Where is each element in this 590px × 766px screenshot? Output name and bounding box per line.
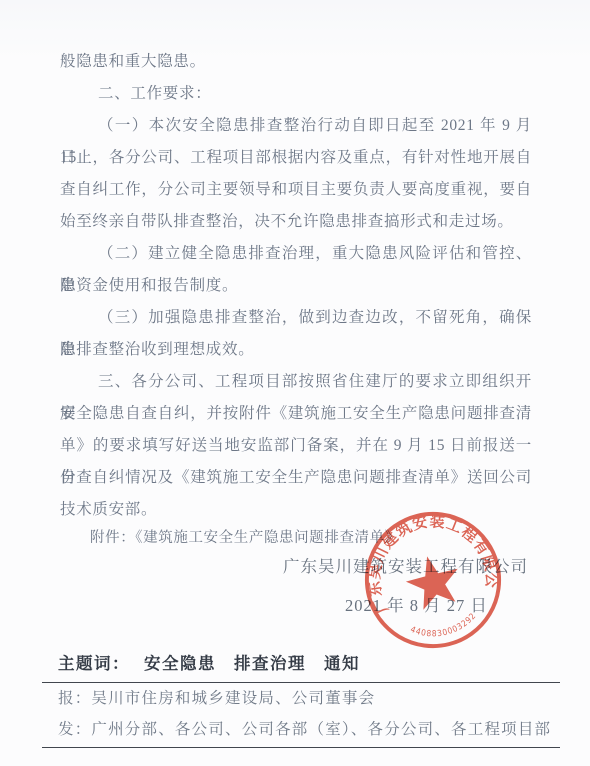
body-line: 自查自纠情况及《建筑施工安全生产隐患问题排查清单》送回公司 xyxy=(60,462,532,494)
body-line: 二、工作要求： xyxy=(60,78,532,110)
body-line: （一）本次安全隐患排查整治行动自即日起至 2021 年 9 月 15 xyxy=(60,110,532,142)
body-line: 患排查整治收到理想成效。 xyxy=(60,334,532,366)
report-line: 报：吴川市住房和城乡建设局、公司董事会 xyxy=(42,683,560,714)
scanned-document-page: 般隐患和重大隐患。 二、工作要求： （一）本次安全隐患排查整治行动自即日起至 2… xyxy=(0,0,590,766)
body-line: 查自纠工作，分公司主要领导和项目主要负责人要高度重视，要自 xyxy=(60,174,532,206)
body-line: 始至终亲自带队排查整治，决不允许隐患排查搞形式和走过场。 xyxy=(60,206,532,238)
subject-terms: 安全隐患 排查治理 通知 xyxy=(144,654,360,673)
subject-label: 主题词： xyxy=(58,654,130,673)
body-line: 日止，各分公司、工程项目部根据内容及重点，有针对性地开展自 xyxy=(60,142,532,174)
seal-number: 4408830003292 xyxy=(407,608,480,645)
seal-star-icon xyxy=(401,550,465,612)
svg-text:4408830003292: 4408830003292 xyxy=(407,608,480,645)
body-line: 患资金使用和报告制度。 xyxy=(60,270,532,302)
body-line: （二）建立健全隐患排查治理，重大隐患风险评估和管控、隐 xyxy=(60,238,532,270)
body-line: 安全隐患自查自纠，并按附件《建筑施工安全生产隐患问题排查清 xyxy=(60,398,532,430)
footer-bottom-rule xyxy=(42,747,560,748)
body-line: 单》的要求填写好送当地安监部门备案，并在 9 月 15 日前报送一份 xyxy=(60,430,532,462)
body-line: （三）加强隐患排查整治，做到边查边改，不留死角，确保隐 xyxy=(60,302,532,334)
distribute-line: 发：广州分部、各公司、公司各部（室）、各分公司、各工程项目部 xyxy=(42,714,560,745)
body-line: 三、各分公司、工程项目部按照省住建厅的要求立即组织开展 xyxy=(60,366,532,398)
subject-row: 主题词：安全隐患 排查治理 通知 xyxy=(42,646,560,683)
body-line: 般隐患和重大隐患。 xyxy=(60,46,532,78)
document-footer: 主题词：安全隐患 排查治理 通知 报：吴川市住房和城乡建设局、公司董事会 发：广… xyxy=(42,646,560,748)
document-body: 般隐患和重大隐患。 二、工作要求： （一）本次安全隐患排查整治行动自即日起至 2… xyxy=(60,46,532,549)
